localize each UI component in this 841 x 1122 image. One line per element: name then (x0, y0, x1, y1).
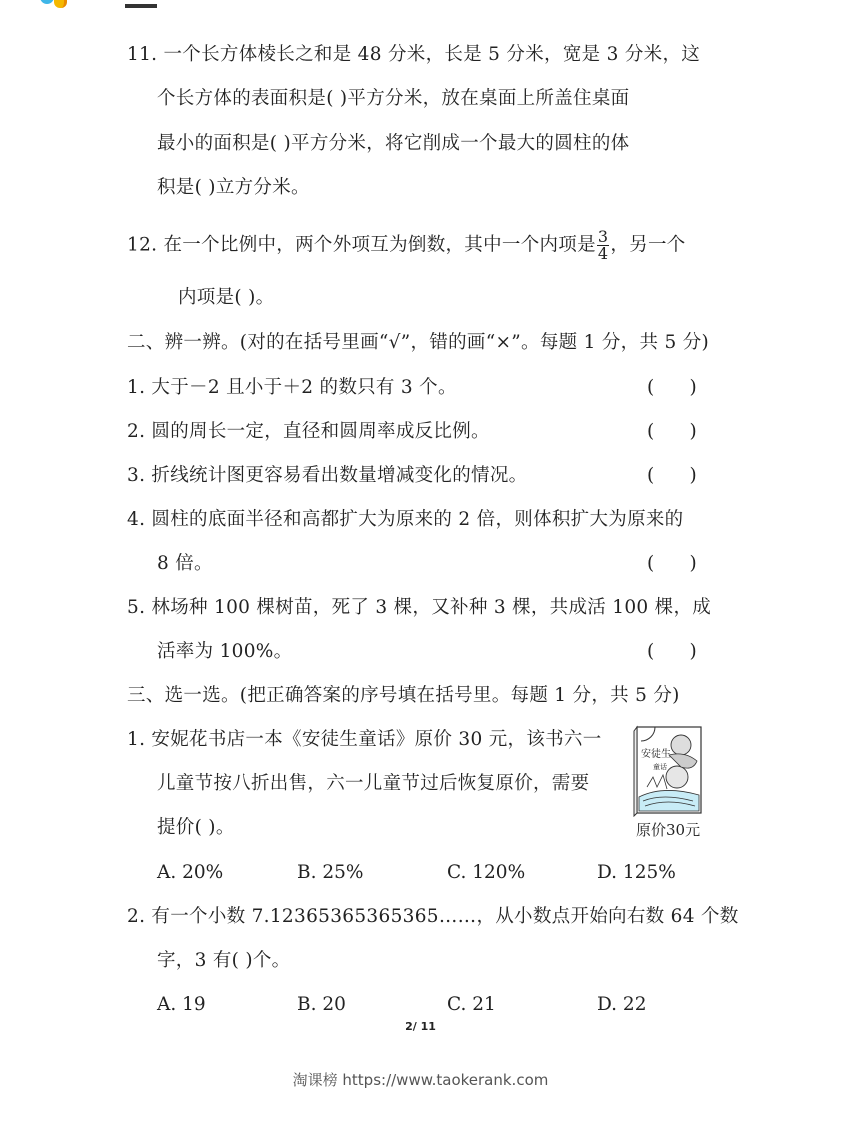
book-title: 安徒生 (641, 747, 671, 760)
s2-item3: 3. 折线统计图更容易看出数量增减变化的情况。 (127, 464, 527, 488)
s2-item1: 1. 大于－2 且小于＋2 的数只有 3 个。 (127, 376, 457, 400)
s2-item4-line2: 8 倍。 (157, 552, 213, 576)
q12-line1: 12. 在一个比例中，两个外项互为倒数，其中一个内项是34，另一个 (127, 229, 686, 262)
page-number: 2/ 11 (0, 1020, 841, 1033)
q11-line4: 积是( )立方分米。 (157, 176, 310, 200)
book-cover-illustration: 安徒生 童话 (633, 725, 703, 817)
document-page: 11. 一个长方体棱长之和是 48 分米，长是 5 分米，宽是 3 分米，这 个… (0, 0, 841, 1122)
q12-text-pre: 12. 在一个比例中，两个外项互为倒数，其中一个内项是 (127, 235, 596, 256)
fraction-denominator: 4 (597, 246, 609, 262)
q11-line2: 个长方体的表面积是( )平方分米，放在桌面上所盖住桌面 (157, 87, 629, 111)
s2-item2-answer-blank[interactable]: ( ) (647, 420, 697, 444)
s2-item5-line2: 活率为 100%。 (157, 640, 292, 664)
s2-item2: 2. 圆的周长一定，直径和圆周率成反比例。 (127, 420, 490, 444)
q11-line3: 最小的面积是( )平方分米，将它削成一个最大的圆柱的体 (157, 132, 629, 156)
s3-q1-option-b: B. 25% (297, 861, 363, 885)
footer-watermark-link[interactable]: 淘课榜 https://www.taokerank.com (0, 1069, 841, 1090)
book-price-caption: 原价30元 (636, 820, 700, 840)
book-subtitle: 童话 (653, 762, 667, 771)
section2-title: 二、辨一辨。(对的在括号里画“√”，错的画“×”。每题 1 分，共 5 分) (127, 331, 709, 355)
s2-item1-answer-blank[interactable]: ( ) (647, 376, 697, 400)
s3-q2-line1: 2. 有一个小数 7.12365365365365……，从小数点开始向右数 64… (127, 905, 739, 929)
s3-q2-option-c: C. 21 (447, 993, 496, 1017)
section3-title: 三、选一选。(把正确答案的序号填在括号里。每题 1 分，共 5 分) (127, 684, 680, 708)
q11-line1: 11. 一个长方体棱长之和是 48 分米，长是 5 分米，宽是 3 分米，这 (127, 43, 700, 67)
q12-line2: 内项是( )。 (178, 286, 274, 310)
s2-item5-line1: 5. 林场种 100 棵树苗，死了 3 棵，又补种 3 棵，共成活 100 棵，… (127, 596, 711, 620)
s3-q1-option-d: D. 125% (597, 861, 676, 885)
s2-item4-line1: 4. 圆柱的底面半径和高都扩大为原来的 2 倍，则体积扩大为原来的 (127, 508, 683, 532)
s3-q1-line1: 1. 安妮花书店一本《安徒生童话》原价 30 元，该书六一 (127, 728, 602, 752)
s3-q2-line2: 字，3 有( )个。 (157, 949, 290, 973)
header-title-fragment (125, 0, 157, 8)
q12-text-post: ，另一个 (610, 235, 685, 256)
s3-q2-option-a: A. 19 (157, 993, 206, 1017)
s2-item5-answer-blank[interactable]: ( ) (647, 640, 697, 664)
s3-q1-option-a: A. 20% (157, 861, 223, 885)
fraction: 34 (597, 229, 609, 262)
s3-q1-line3: 提价( )。 (157, 816, 235, 840)
s3-q1-option-c: C. 120% (447, 861, 525, 885)
s2-item4-answer-blank[interactable]: ( ) (647, 552, 697, 576)
s3-q2-option-d: D. 22 (597, 993, 646, 1017)
app-logo-icon (40, 0, 80, 8)
s2-item3-answer-blank[interactable]: ( ) (647, 464, 697, 488)
s3-q2-option-b: B. 20 (297, 993, 346, 1017)
s3-q1-line2: 儿童节按八折出售，六一儿童节过后恢复原价，需要 (157, 772, 589, 796)
